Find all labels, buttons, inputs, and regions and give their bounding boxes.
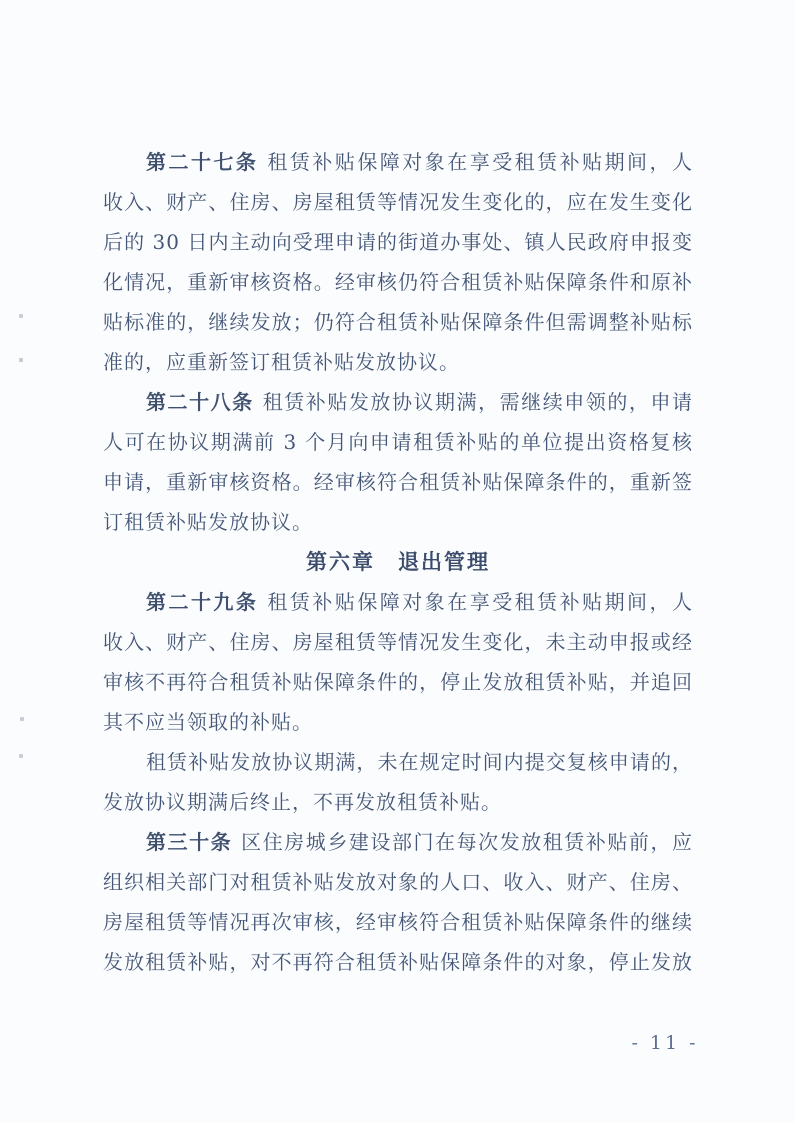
article-27-line-2: 收入、财产、住房、房屋租赁等情况发生变化的，应在发生变化 (103, 182, 693, 222)
scan-speck (19, 358, 23, 362)
article-29-line-4: 其不应当领取的补贴。 (103, 702, 693, 742)
scan-speck (19, 754, 23, 758)
article-30-line-1-text: 区住房城乡建设部门在每次发放租赁补贴前，应 (241, 830, 693, 854)
page-number: - 11 - (615, 1030, 715, 1056)
article-30-line-4: 发放租赁补贴，对不再符合租赁补贴保障条件的对象，停止发放 (103, 942, 693, 982)
article-30-number: 第三十条 (146, 830, 232, 854)
article-27-line-3: 后的 30 日内主动向受理申请的街道办事处、镇人民政府申报变 (103, 222, 693, 262)
scan-speck (20, 717, 24, 721)
article-27-line-1: 第二十七条租赁补贴保障对象在享受租赁补贴期间，人口、 (103, 142, 693, 182)
article-28-line-3: 申请，重新审核资格。经审核符合租赁补贴保障条件的，重新签 (103, 462, 693, 502)
article-28-line-1: 第二十八条租赁补贴发放协议期满，需继续申领的，申请 (103, 382, 693, 422)
article-27-number: 第二十七条 (146, 150, 258, 174)
article-28-line-4: 订租赁补贴发放协议。 (103, 502, 693, 542)
article-29-number: 第二十九条 (146, 590, 258, 614)
article-27-line-5: 贴标准的，继续发放；仍符合租赁补贴保障条件但需调整补贴标 (103, 302, 693, 342)
article-29-line-3: 审核不再符合租赁补贴保障条件的，停止发放租赁补贴，并追回 (103, 662, 693, 702)
article-30-line-1: 第三十条区住房城乡建设部门在每次发放租赁补贴前，应 (103, 822, 693, 862)
article-28-line-1-text: 租赁补贴发放协议期满，需继续申领的，申请 (263, 390, 693, 414)
article-28-line-2: 人可在协议期满前 3 个月向申请租赁补贴的单位提出资格复核 (103, 422, 693, 462)
article-27-line-6: 准的，应重新签订租赁补贴发放协议。 (103, 342, 693, 382)
article-27-line-4: 化情况，重新审核资格。经审核仍符合租赁补贴保障条件和原补 (103, 262, 693, 302)
article-30-line-3: 房屋租赁等情况再次审核，经审核符合租赁补贴保障条件的继续 (103, 902, 693, 942)
article-29-line-2: 收入、财产、住房、房屋租赁等情况发生变化，未主动申报或经 (103, 622, 693, 662)
scan-speck (19, 314, 23, 318)
chapter-heading: 第六章 退出管理 (103, 542, 693, 582)
page-content: 第二十七条租赁补贴保障对象在享受租赁补贴期间，人口、 收入、财产、住房、房屋租赁… (103, 142, 693, 982)
article-28-number: 第二十八条 (146, 390, 254, 414)
article-29-cont-line-1: 租赁补贴发放协议期满，未在规定时间内提交复核申请的， (103, 742, 693, 782)
article-30-line-2: 组织相关部门对租赁补贴发放对象的人口、收入、财产、住房、 (103, 862, 693, 902)
article-29-cont-line-2: 发放协议期满后终止，不再发放租赁补贴。 (103, 782, 693, 822)
document-page: 第二十七条租赁补贴保障对象在享受租赁补贴期间，人口、 收入、财产、住房、房屋租赁… (0, 0, 794, 1123)
article-29-line-1: 第二十九条租赁补贴保障对象在享受租赁补贴期间，人口、 (103, 582, 693, 622)
